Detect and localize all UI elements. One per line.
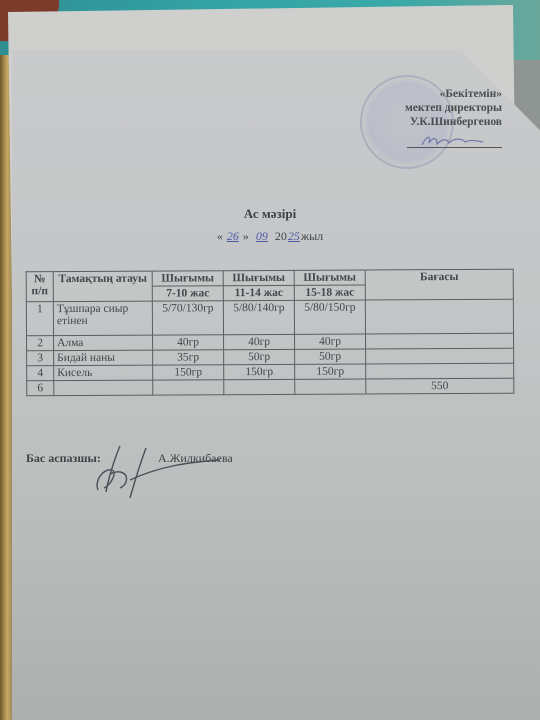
row-yield-15-18: 5/80/150гр [294,300,365,334]
row-yield-7-10: 150гр [153,365,224,380]
row-yield-7-10 [153,380,224,395]
header-age-15-18: 15-18 жас [294,285,365,300]
row-number: 4 [27,366,54,381]
row-yield-15-18 [295,379,366,394]
row-price [366,348,514,364]
approval-block: «Бекітемін» мектеп директоры У.К.Шинберг… [405,87,502,148]
row-price [365,299,513,334]
row-number: 2 [27,336,54,351]
chef-signature-icon [90,440,230,500]
date-year-prefix: 20 [275,229,287,243]
row-dish-name: Кисель [54,365,153,381]
header-price: Бағасы [365,269,513,300]
table-header-row: № п/п Тамақтың атауы Шығымы Шығымы Шығым… [26,269,513,287]
header-yield-2: Шығымы [223,270,294,285]
row-dish-name: Алма [54,335,153,351]
row-yield-11-14: 50гр [224,349,295,364]
table-row: 1 Тұшпара сиыр етінен 5/70/130гр 5/80/14… [26,299,513,336]
row-price [366,333,514,349]
row-number: 3 [27,351,54,366]
row-yield-11-14 [224,379,295,394]
row-number: 1 [26,302,53,336]
table-row-total: 6 550 [27,378,514,396]
row-number: 6 [27,381,54,396]
header-number: № п/п [26,272,53,302]
row-yield-15-18: 50гр [295,349,366,364]
row-yield-7-10: 35гр [153,350,224,365]
date-quote-open: « [217,229,223,243]
header-yield-1: Шығымы [152,271,223,286]
page-title: Ас мәзірі [0,206,540,222]
approval-title: «Бекітемін» [405,87,502,101]
menu-table: № п/п Тамақтың атауы Шығымы Шығымы Шығым… [26,269,515,397]
approval-position: мектеп директоры [405,101,502,115]
row-yield-11-14: 40гр [224,334,295,349]
header-age-7-10: 7-10 жас [152,286,223,301]
row-yield-11-14: 5/80/140гр [223,300,294,334]
header-age-11-14: 11-14 жас [223,285,294,300]
row-yield-11-14: 150гр [224,364,295,379]
row-yield-15-18: 150гр [295,364,366,379]
approval-director-name: У.К.Шинбергенов [405,115,502,129]
row-price [366,363,514,379]
row-yield-7-10: 5/70/130гр [152,301,223,335]
signature-scribble-icon [407,133,502,147]
date-quote-close: » [243,229,249,243]
header-dish-name: Тамақтың атауы [53,271,152,302]
date-day: 26 [223,229,243,243]
date-suffix: жыл [301,229,323,243]
row-yield-15-18: 40гр [295,334,366,349]
header-yield-3: Шығымы [294,270,365,285]
row-dish-name: Бидай наны [54,350,153,366]
row-yield-7-10: 40гр [153,335,224,350]
date-year-suffix: 25 [287,229,301,243]
row-total-price: 550 [366,378,514,394]
document-date: «26» 09 2025жыл [0,229,540,244]
row-dish-name: Тұшпара сиыр етінен [53,301,152,336]
date-month: 09 [252,229,272,243]
director-signature [407,133,502,148]
row-dish-name [54,380,153,396]
